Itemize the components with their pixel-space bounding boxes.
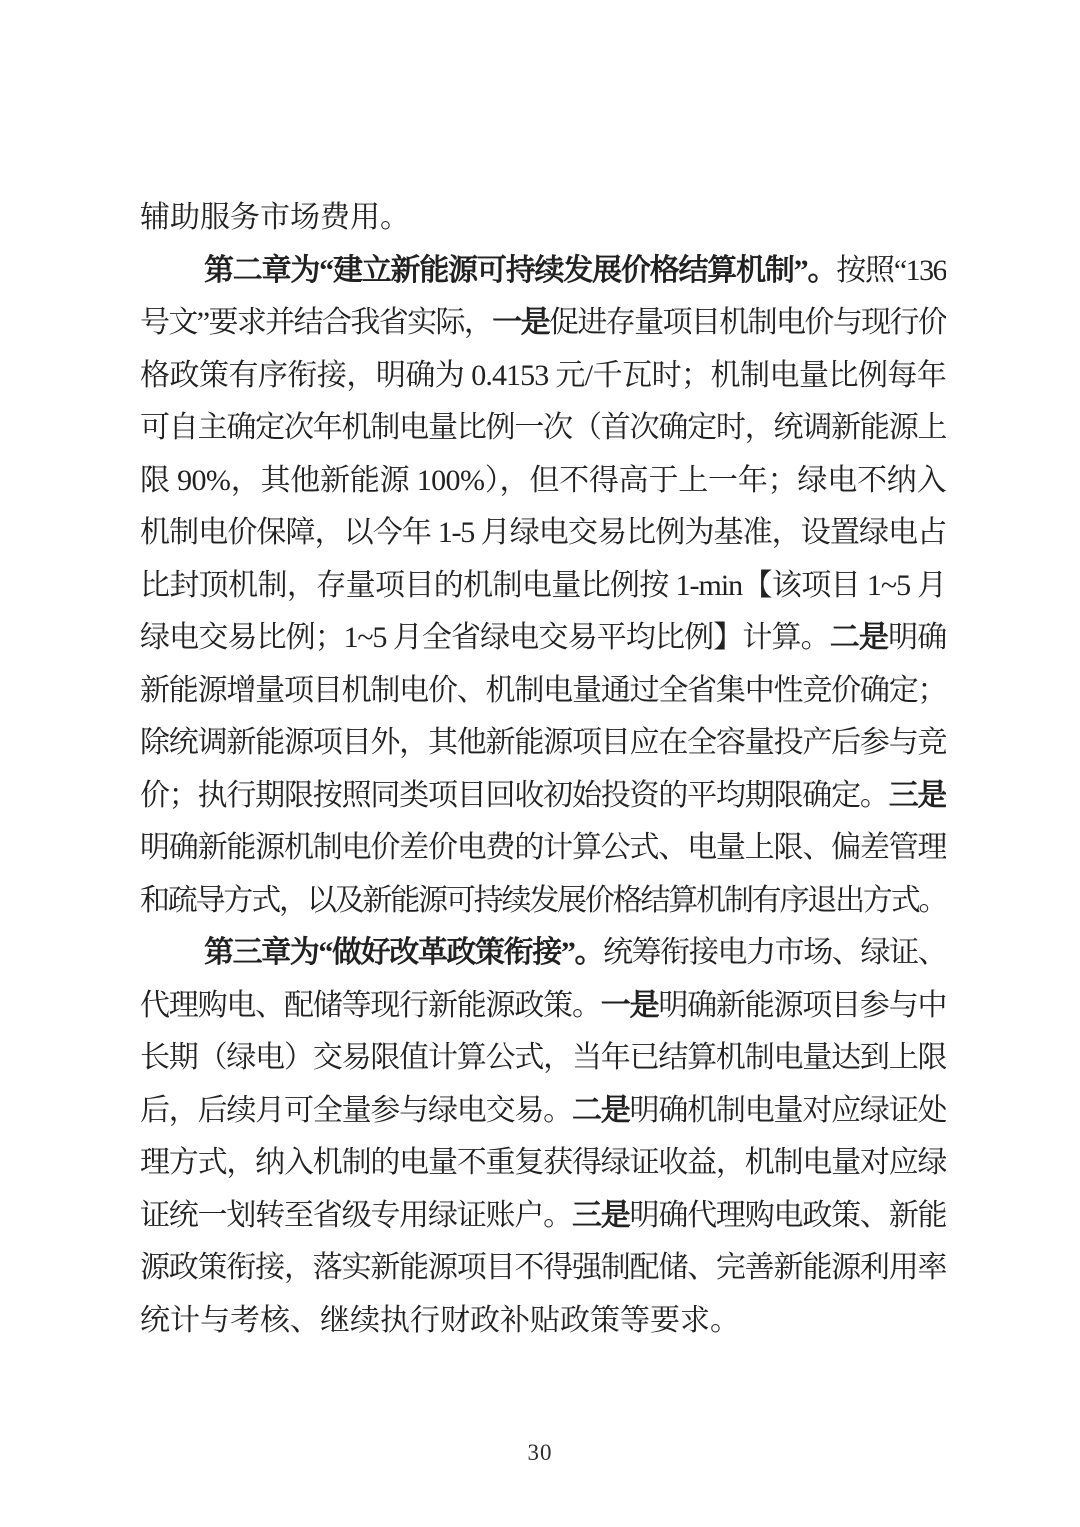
body-text: 价；执行期限按照同类项目回收初始投资的平均期限确定。	[140, 779, 889, 812]
body-text: 限 90%，其他新能源 100%），但不得高于上一年；绿电不纳入	[140, 464, 946, 497]
body-text: 统筹衔接电力市场、绿证、	[603, 936, 946, 969]
body-text: 新能源增量项目机制电价、机制电量通过全省集中性竞价确定；	[140, 674, 946, 707]
emphasis-text: 二是	[830, 621, 888, 654]
text-line: 比封顶机制，存量项目的机制电量比例按 1-min【该项目 1~5 月	[140, 560, 946, 613]
body-text: 代理购电、配储等现行新能源政策。	[140, 989, 601, 1022]
body-text: 辅助服务市场费用。	[140, 201, 410, 234]
emphasis-text: 第二章为“建立新能源可持续发展价格结算机制”。	[204, 254, 836, 287]
body-text: 证统一划转至省级专用绿证账户。	[140, 1199, 572, 1232]
text-line: 源政策衔接，落实新能源项目不得强制配储、完善新能源利用率	[140, 1242, 946, 1295]
text-line: 理方式，纳入机制的电量不重复获得绿证收益，机制电量对应绿	[140, 1137, 946, 1190]
page-footer: 30	[0, 1440, 1080, 1466]
text-line: 第二章为“建立新能源可持续发展价格结算机制”。按照“136	[140, 245, 946, 298]
body-text: 格政策有序衔接，明确为 0.4153 元/千瓦时；机制电量比例每年	[140, 359, 946, 392]
text-line: 统计与考核、继续执行财政补贴政策等要求。	[140, 1295, 946, 1348]
body-text: 机制电价保障，以今年 1-5 月绿电交易比例为基准，设置绿电占	[140, 516, 946, 549]
body-text: 理方式，纳入机制的电量不重复获得绿证收益，机制电量对应绿	[140, 1146, 946, 1179]
text-line: 绿电交易比例；1~5 月全省绿电交易平均比例】计算。二是明确	[140, 612, 946, 665]
text-line: 长期（绿电）交易限值计算公式，当年已结算机制电量达到上限	[140, 1032, 946, 1085]
text-line: 可自主确定次年机制电量比例一次（首次确定时，统调新能源上	[140, 402, 946, 455]
page-number: 30	[528, 1440, 553, 1465]
text-line: 价；执行期限按照同类项目回收初始投资的平均期限确定。三是	[140, 770, 946, 823]
body-text: 明确	[888, 621, 946, 654]
body-text: 促进存量项目机制电价与现行价	[549, 306, 946, 339]
body-text: 明确机制电量对应绿证处	[630, 1094, 946, 1127]
text-line: 除统调新能源项目外，其他新能源项目应在全容量投产后参与竞	[140, 717, 946, 770]
emphasis-text: 一是	[601, 989, 659, 1022]
emphasis-text: 第三章为“做好改革政策衔接”。	[204, 936, 603, 969]
text-line: 明确新能源机制电价差价电费的计算公式、电量上限、偏差管理	[140, 822, 946, 875]
text-line: 格政策有序衔接，明确为 0.4153 元/千瓦时；机制电量比例每年	[140, 350, 946, 403]
body-text: 明确代理购电政策、新能	[630, 1199, 946, 1232]
body-text: 明确新能源项目参与中	[658, 989, 946, 1022]
body-text: 按照“136	[836, 254, 946, 287]
text-line: 机制电价保障，以今年 1-5 月绿电交易比例为基准，设置绿电占	[140, 507, 946, 560]
body-text: 和疏导方式，以及新能源可持续发展价格结算机制有序退出方式。	[140, 884, 946, 917]
body-text: 长期（绿电）交易限值计算公式，当年已结算机制电量达到上限	[140, 1041, 946, 1074]
body-text: 绿电交易比例；1~5 月全省绿电交易平均比例】计算。	[140, 621, 830, 654]
text-line: 和疏导方式，以及新能源可持续发展价格结算机制有序退出方式。	[140, 875, 946, 928]
body-text: 后，后续月可全量参与绿电交易。	[140, 1094, 572, 1127]
emphasis-text: 一是	[492, 306, 549, 339]
body-text: 统计与考核、继续执行财政补贴政策等要求。	[140, 1304, 740, 1337]
document-body: 辅助服务市场费用。第二章为“建立新能源可持续发展价格结算机制”。按照“136号文…	[140, 192, 946, 1347]
text-line: 第三章为“做好改革政策衔接”。统筹衔接电力市场、绿证、	[140, 927, 946, 980]
body-text: 明确新能源机制电价差价电费的计算公式、电量上限、偏差管理	[140, 831, 946, 864]
body-text: 除统调新能源项目外，其他新能源项目应在全容量投产后参与竞	[140, 726, 946, 759]
text-line: 辅助服务市场费用。	[140, 192, 946, 245]
text-line: 代理购电、配储等现行新能源政策。一是明确新能源项目参与中	[140, 980, 946, 1033]
body-text: 源政策衔接，落实新能源项目不得强制配储、完善新能源利用率	[140, 1251, 946, 1284]
emphasis-text: 三是	[889, 779, 946, 812]
text-line: 后，后续月可全量参与绿电交易。二是明确机制电量对应绿证处	[140, 1085, 946, 1138]
text-line: 证统一划转至省级专用绿证账户。三是明确代理购电政策、新能	[140, 1190, 946, 1243]
text-line: 限 90%，其他新能源 100%），但不得高于上一年；绿电不纳入	[140, 455, 946, 508]
document-page: 辅助服务市场费用。第二章为“建立新能源可持续发展价格结算机制”。按照“136号文…	[0, 0, 1080, 1527]
text-line: 新能源增量项目机制电价、机制电量通过全省集中性竞价确定；	[140, 665, 946, 718]
body-text: 可自主确定次年机制电量比例一次（首次确定时，统调新能源上	[140, 411, 946, 444]
body-text: 比封顶机制，存量项目的机制电量比例按 1-min【该项目 1~5 月	[140, 569, 946, 602]
emphasis-text: 二是	[572, 1094, 630, 1127]
body-text: 号文”要求并结合我省实际，	[140, 306, 492, 339]
text-line: 号文”要求并结合我省实际，一是促进存量项目机制电价与现行价	[140, 297, 946, 350]
emphasis-text: 三是	[572, 1199, 630, 1232]
